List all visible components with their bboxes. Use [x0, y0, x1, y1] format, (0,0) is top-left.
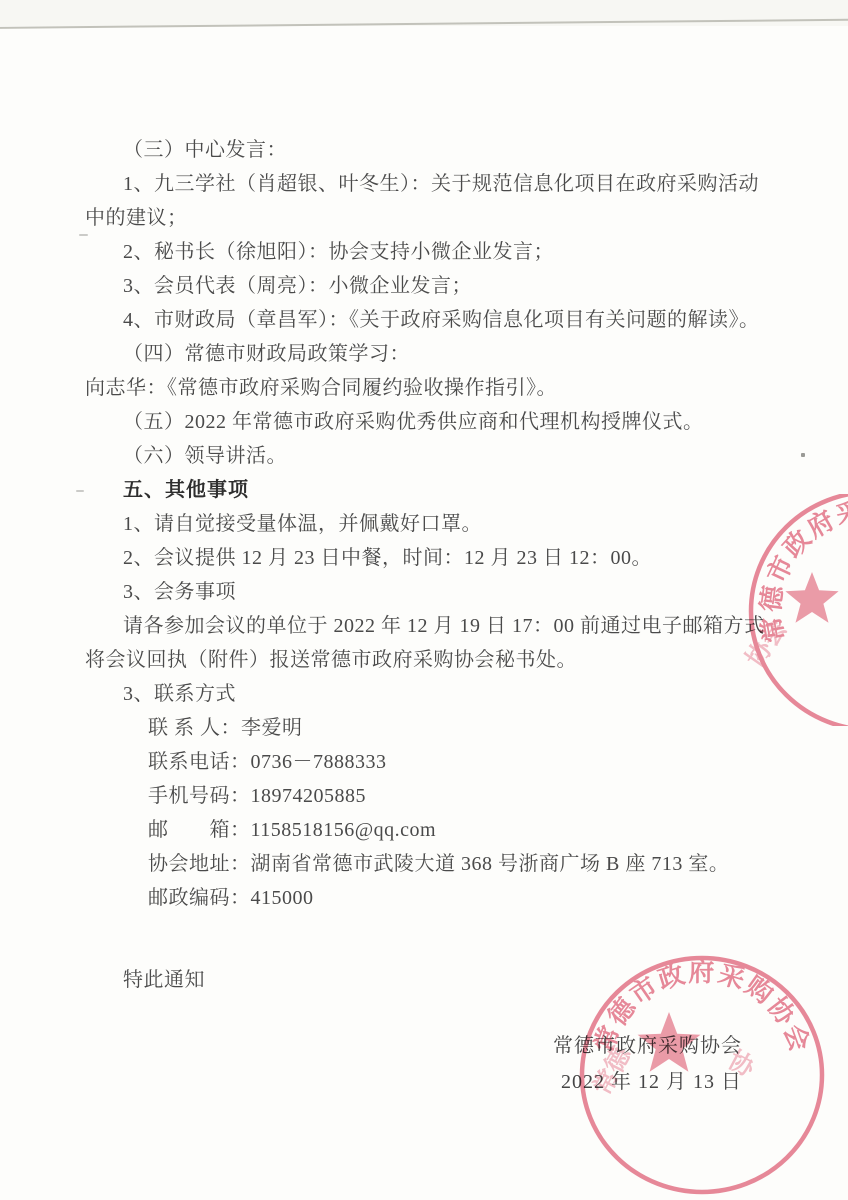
- paragraph-line: 联系电话：0736－7888333: [148, 745, 768, 779]
- paragraph-line: 联 系 人：李爱明: [148, 711, 768, 745]
- paragraph-line: 请各参加会议的单位于 2022 年 12 月 19 日 17：00 前通过电子邮…: [85, 609, 768, 643]
- paragraph-line: 2、秘书长（徐旭阳）：协会支持小微企业发言；: [85, 235, 768, 269]
- paragraph-line: 3、会员代表（周亮）：小微企业发言；: [85, 269, 768, 303]
- paragraph-line: 邮政编码：415000: [148, 881, 768, 915]
- paragraph-line: （四）常德市财政局政策学习：: [85, 337, 768, 371]
- paragraph-line: 2、会议提供 12 月 23 日中餐，时间：12 月 23 日 12：00。: [85, 541, 768, 575]
- paragraph-line: 4、市财政局（章昌军）：《关于政府采购信息化项目有关问题的解读》。: [85, 303, 768, 337]
- paragraph-line: 1、九三学社（肖超银、叶冬生）：关于规范信息化项目在政府采购活动: [85, 167, 768, 201]
- document-body: （三）中心发言：1、九三学社（肖超银、叶冬生）：关于规范信息化项目在政府采购活动…: [0, 0, 848, 997]
- signature-block: 常德市政府采购协会 2022 年 12 月 13 日: [0, 1029, 848, 1101]
- paragraph-line: （六）领导讲活。: [85, 439, 768, 473]
- signature-org: 常德市政府采购协会: [0, 1029, 742, 1063]
- closing-notice: 特此通知: [85, 963, 768, 997]
- paragraph-line: 协会地址：湖南省常德市武陵大道 368 号浙商广场 B 座 713 室。: [148, 847, 768, 881]
- scanned-page: { "colors":{"stamp":"#e5798d","text":"#4…: [0, 0, 848, 1200]
- paragraph-line: （五）2022 年常德市政府采购优秀供应商和代理机构授牌仪式。: [85, 405, 768, 439]
- paragraph-list: （三）中心发言：1、九三学社（肖超银、叶冬生）：关于规范信息化项目在政府采购活动…: [85, 133, 768, 915]
- paragraph-line: （三）中心发言：: [85, 133, 768, 167]
- paragraph-line: 3、会务事项: [85, 575, 768, 609]
- paragraph-line: 邮 箱：1158518156@qq.com: [148, 813, 768, 847]
- paragraph-line: 手机号码：18974205885: [148, 779, 768, 813]
- paragraph-line: 五、其他事项: [85, 473, 768, 507]
- paragraph-line: 中的建议；: [85, 201, 768, 235]
- signature-date: 2022 年 12 月 13 日: [0, 1063, 742, 1101]
- paragraph-line: 将会议回执（附件）报送常德市政府采购协会秘书处。: [85, 643, 768, 677]
- paragraph-line: 向志华：《常德市政府采购合同履约验收操作指引》。: [85, 371, 768, 405]
- paragraph-line: 1、请自觉接受量体温，并佩戴好口罩。: [85, 507, 768, 541]
- paragraph-line: 3、联系方式: [85, 677, 768, 711]
